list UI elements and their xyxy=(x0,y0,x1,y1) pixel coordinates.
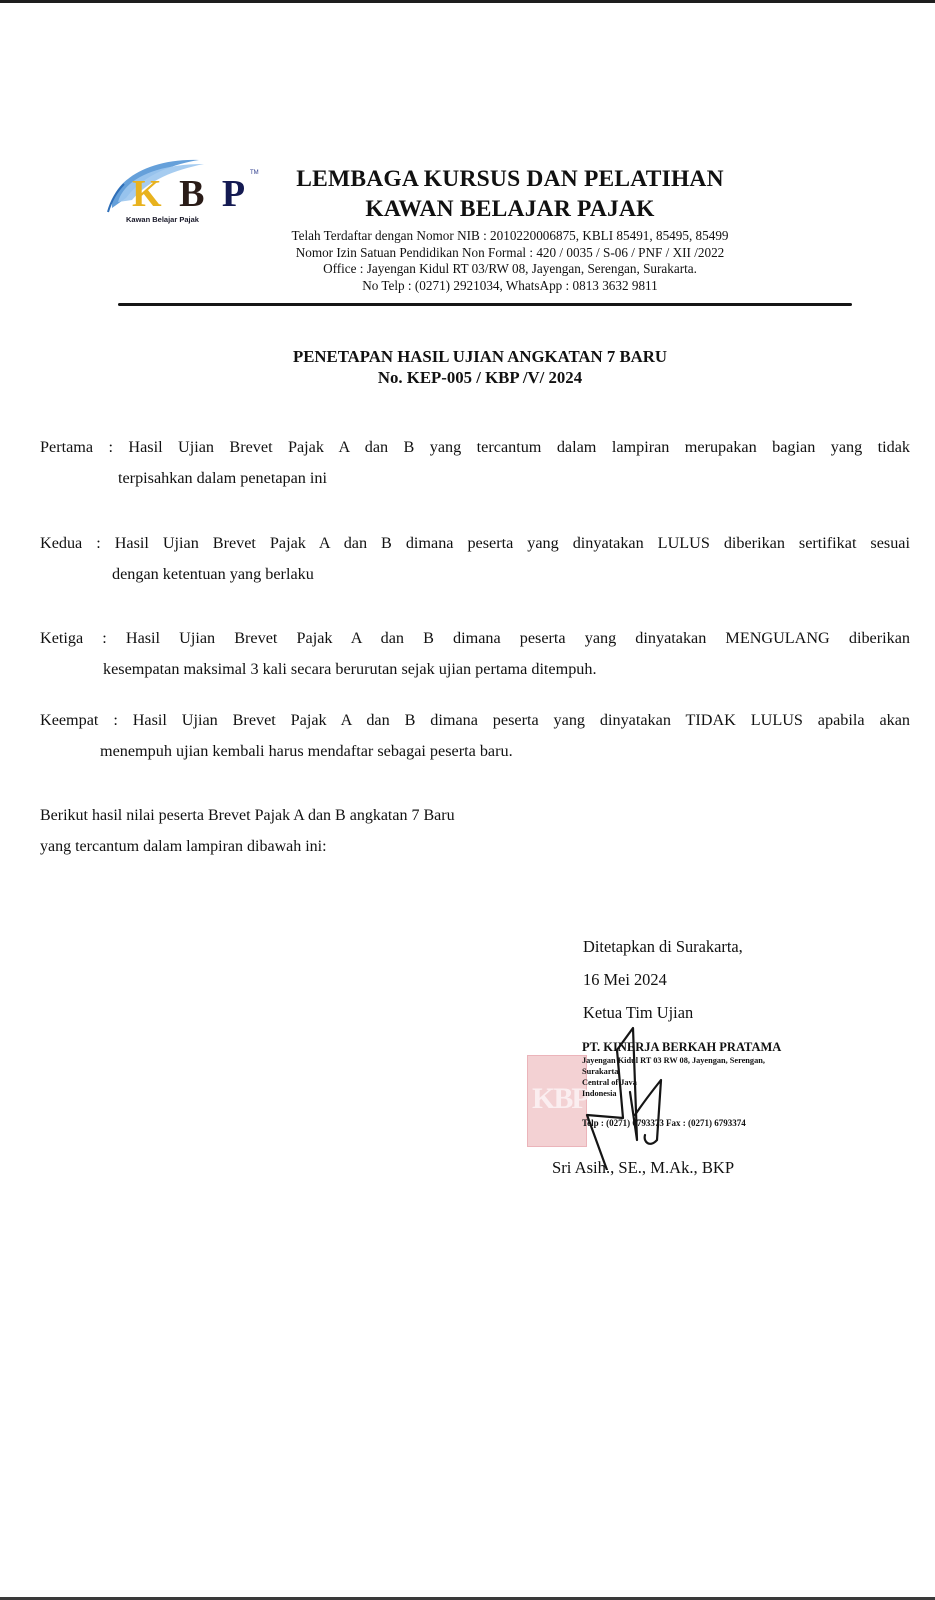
organization-name: LEMBAGA KURSUS DAN PELATIHAN KAWAN BELAJ… xyxy=(240,164,780,224)
document-title-text: PENETAPAN HASIL UJIAN ANGKATAN 7 BARU xyxy=(200,346,760,367)
closing-line1: Berikut hasil nilai peserta Brevet Pajak… xyxy=(40,800,455,831)
signature-block: Ditetapkan di Surakarta, 16 Mei 2024 Ket… xyxy=(583,930,743,1029)
clause-keempat: Keempat : Hasil Ujian Brevet Pajak A dan… xyxy=(40,705,910,767)
closing-paragraph: Berikut hasil nilai peserta Brevet Pajak… xyxy=(40,800,455,862)
signer-name: Sri Asih., SE., M.Ak., BKP xyxy=(552,1158,734,1178)
viewer-top-bar xyxy=(0,0,935,3)
clause-text: Kedua : Hasil Ujian Brevet Pajak A dan B… xyxy=(40,528,910,559)
organization-name-line2: KAWAN BELAJAR PAJAK xyxy=(240,194,780,224)
license-line: Nomor Izin Satuan Pendidikan Non Formal … xyxy=(230,245,790,262)
closing-line2: yang tercantum dalam lampiran dibawah in… xyxy=(40,831,455,862)
registration-line: Telah Terdaftar dengan Nomor NIB : 20102… xyxy=(230,228,790,245)
clause-pertama: Pertama : Hasil Ujian Brevet Pajak A dan… xyxy=(40,432,910,494)
clause-text-continued: dengan ketentuan yang berlaku xyxy=(40,559,910,590)
document-number: No. KEP-005 / KBP /V/ 2024 xyxy=(200,367,760,388)
logo-letters: K B P xyxy=(132,174,249,214)
clause-text: Pertama : Hasil Ujian Brevet Pajak A dan… xyxy=(40,432,910,463)
office-address-line: Office : Jayengan Kidul RT 03/RW 08, Jay… xyxy=(230,261,790,278)
logo-tagline: Kawan Belajar Pajak xyxy=(126,215,199,224)
clause-text-continued: kesempatan maksimal 3 kali secara beruru… xyxy=(40,654,910,685)
clause-text-continued: menempuh ujian kembali harus mendaftar s… xyxy=(40,736,910,767)
clause-ketiga: Ketiga : Hasil Ujian Brevet Pajak A dan … xyxy=(40,623,910,685)
clause-kedua: Kedua : Hasil Ujian Brevet Pajak A dan B… xyxy=(40,528,910,590)
letterhead-divider xyxy=(118,303,852,306)
clause-text: Keempat : Hasil Ujian Brevet Pajak A dan… xyxy=(40,705,910,736)
organization-name-line1: LEMBAGA KURSUS DAN PELATIHAN xyxy=(240,164,780,194)
clause-text: Ketiga : Hasil Ujian Brevet Pajak A dan … xyxy=(40,623,910,654)
organization-info: Telah Terdaftar dengan Nomor NIB : 20102… xyxy=(230,228,790,294)
signing-place: Ditetapkan di Surakarta, xyxy=(583,930,743,963)
document-title: PENETAPAN HASIL UJIAN ANGKATAN 7 BARU No… xyxy=(200,346,760,388)
clause-text-continued: terpisahkan dalam penetapan ini xyxy=(40,463,910,494)
contact-line: No Telp : (0271) 2921034, WhatsApp : 081… xyxy=(230,278,790,295)
signing-date: 16 Mei 2024 xyxy=(583,963,743,996)
handwritten-signature-icon xyxy=(575,1020,685,1170)
